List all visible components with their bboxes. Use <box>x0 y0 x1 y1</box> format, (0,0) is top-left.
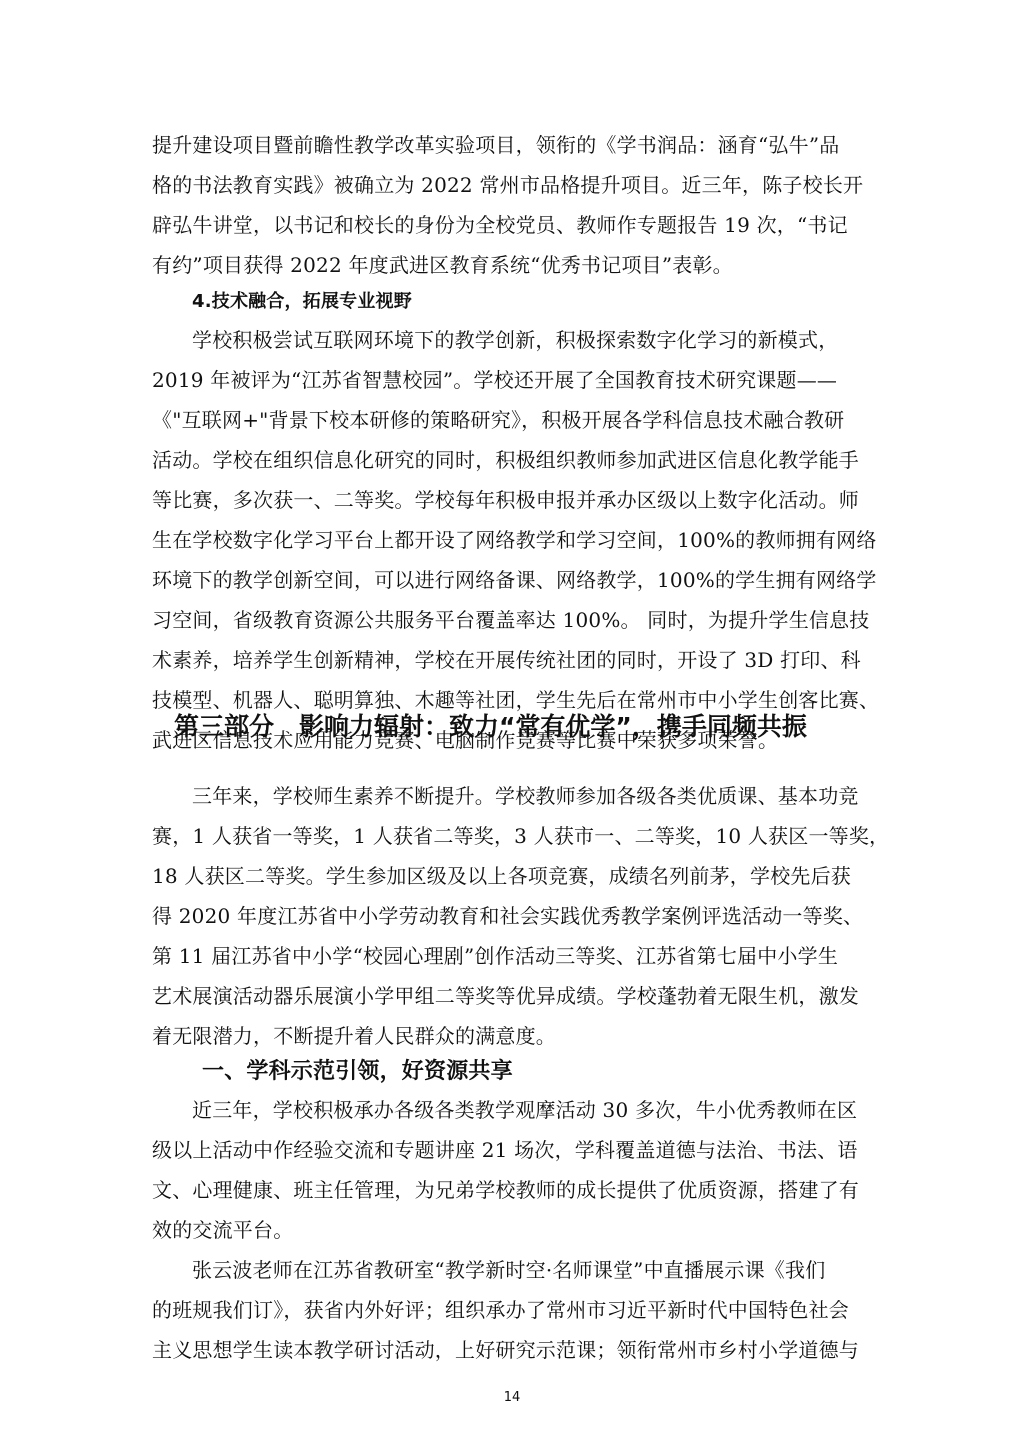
part-heading: 第三部分 影响力辐射：致力“常有优学”，携手同频共振 <box>174 707 874 747</box>
paragraph-line: 18 人获区二等奖。学生参加区级及以上各项竞赛，成绩名列前茅，学校先后获 <box>152 856 880 896</box>
paragraph-line: 生在学校数字化学习平台上都开设了网络教学和学习空间，100%的教师拥有网络 <box>152 520 880 560</box>
paragraph-line: 近三年，学校积极承办各级各类教学观摩活动 30 多次，牛小优秀教师在区 <box>192 1090 880 1130</box>
page-number: 14 <box>0 1390 1024 1405</box>
paragraph-line: 《"互联网+"背景下校本研修的策略研究》，积极开展各学科信息技术融合教研 <box>152 400 880 440</box>
paragraph-line: 的班规我们订》，获省内外好评；组织承办了常州市习近平新时代中国特色社会 <box>152 1290 880 1330</box>
paragraph-line: 2019 年被评为“江苏省智慧校园”。学校还开展了全国教育技术研究课题—— <box>152 360 880 400</box>
paragraph-line: 艺术展演活动器乐展演小学甲组二等奖等优异成绩。学校蓬勃着无限生机，激发 <box>152 976 880 1016</box>
section-heading: 一、学科示范引领，好资源共享 <box>202 1052 930 1092</box>
paragraph-line: 等比赛，多次获一、二等奖。学校每年积极申报并承办区级以上数字化活动。师 <box>152 480 880 520</box>
paragraph-line: 第 11 届江苏省中小学“校园心理剧”创作活动三等奖、江苏省第七届中小学生 <box>152 936 880 976</box>
document-page: 提升建设项目暨前瞻性教学改革实验项目，领衔的《学书润品：涵育“弘牛”品 格的书法… <box>0 0 1024 1448</box>
paragraph-line: 活动。学校在组织信息化研究的同时，积极组织教师参加武进区信息化教学能手 <box>152 440 880 480</box>
paragraph-line: 主义思想学生读本教学研讨活动，上好研究示范课；领衔常州市乡村小学道德与 <box>152 1330 880 1370</box>
paragraph-line: 得 2020 年度江苏省中小学劳动教育和社会实践优秀教学案例评选活动一等奖、 <box>152 896 880 936</box>
paragraph-line: 三年来，学校师生素养不断提升。学校教师参加各级各类优质课、基本功竞 <box>192 776 880 816</box>
paragraph-line: 赛，1 人获省一等奖，1 人获省二等奖，3 人获市一、二等奖，10 人获区一等奖… <box>152 816 880 856</box>
paragraph-line: 提升建设项目暨前瞻性教学改革实验项目，领衔的《学书润品：涵育“弘牛”品 <box>152 125 880 165</box>
paragraph-line: 学校积极尝试互联网环境下的教学创新，积极探索数字化学习的新模式， <box>192 320 880 360</box>
subsection-heading: 4.技术融合，拓展专业视野 <box>192 282 880 322</box>
paragraph-line: 辟弘牛讲堂，以书记和校长的身份为全校党员、教师作专题报告 19 次，“书记 <box>152 205 880 245</box>
paragraph-line: 张云波老师在江苏省教研室“教学新时空·名师课堂”中直播展示课《我们 <box>192 1250 880 1290</box>
paragraph-line: 效的交流平台。 <box>152 1210 880 1250</box>
paragraph-line: 术素养，培养学生创新精神，学校在开展传统社团的同时，开设了 3D 打印、科 <box>152 640 880 680</box>
paragraph-line: 有约”项目获得 2022 年度武进区教育系统“优秀书记项目”表彰。 <box>152 245 880 285</box>
paragraph-line: 级以上活动中作经验交流和专题讲座 21 场次，学科覆盖道德与法治、书法、语 <box>152 1130 880 1170</box>
paragraph-line: 格的书法教育实践》被确立为 2022 常州市品格提升项目。近三年，陈子校长开 <box>152 165 880 205</box>
paragraph-line: 环境下的教学创新空间，可以进行网络备课、网络教学，100%的学生拥有网络学 <box>152 560 880 600</box>
paragraph-line: 文、心理健康、班主任管理，为兄弟学校教师的成长提供了优质资源，搭建了有 <box>152 1170 880 1210</box>
paragraph-line: 着无限潜力，不断提升着人民群众的满意度。 <box>152 1016 880 1056</box>
paragraph-line: 习空间，省级教育资源公共服务平台覆盖率达 100%。 同时，为提升学生信息技 <box>152 600 880 640</box>
